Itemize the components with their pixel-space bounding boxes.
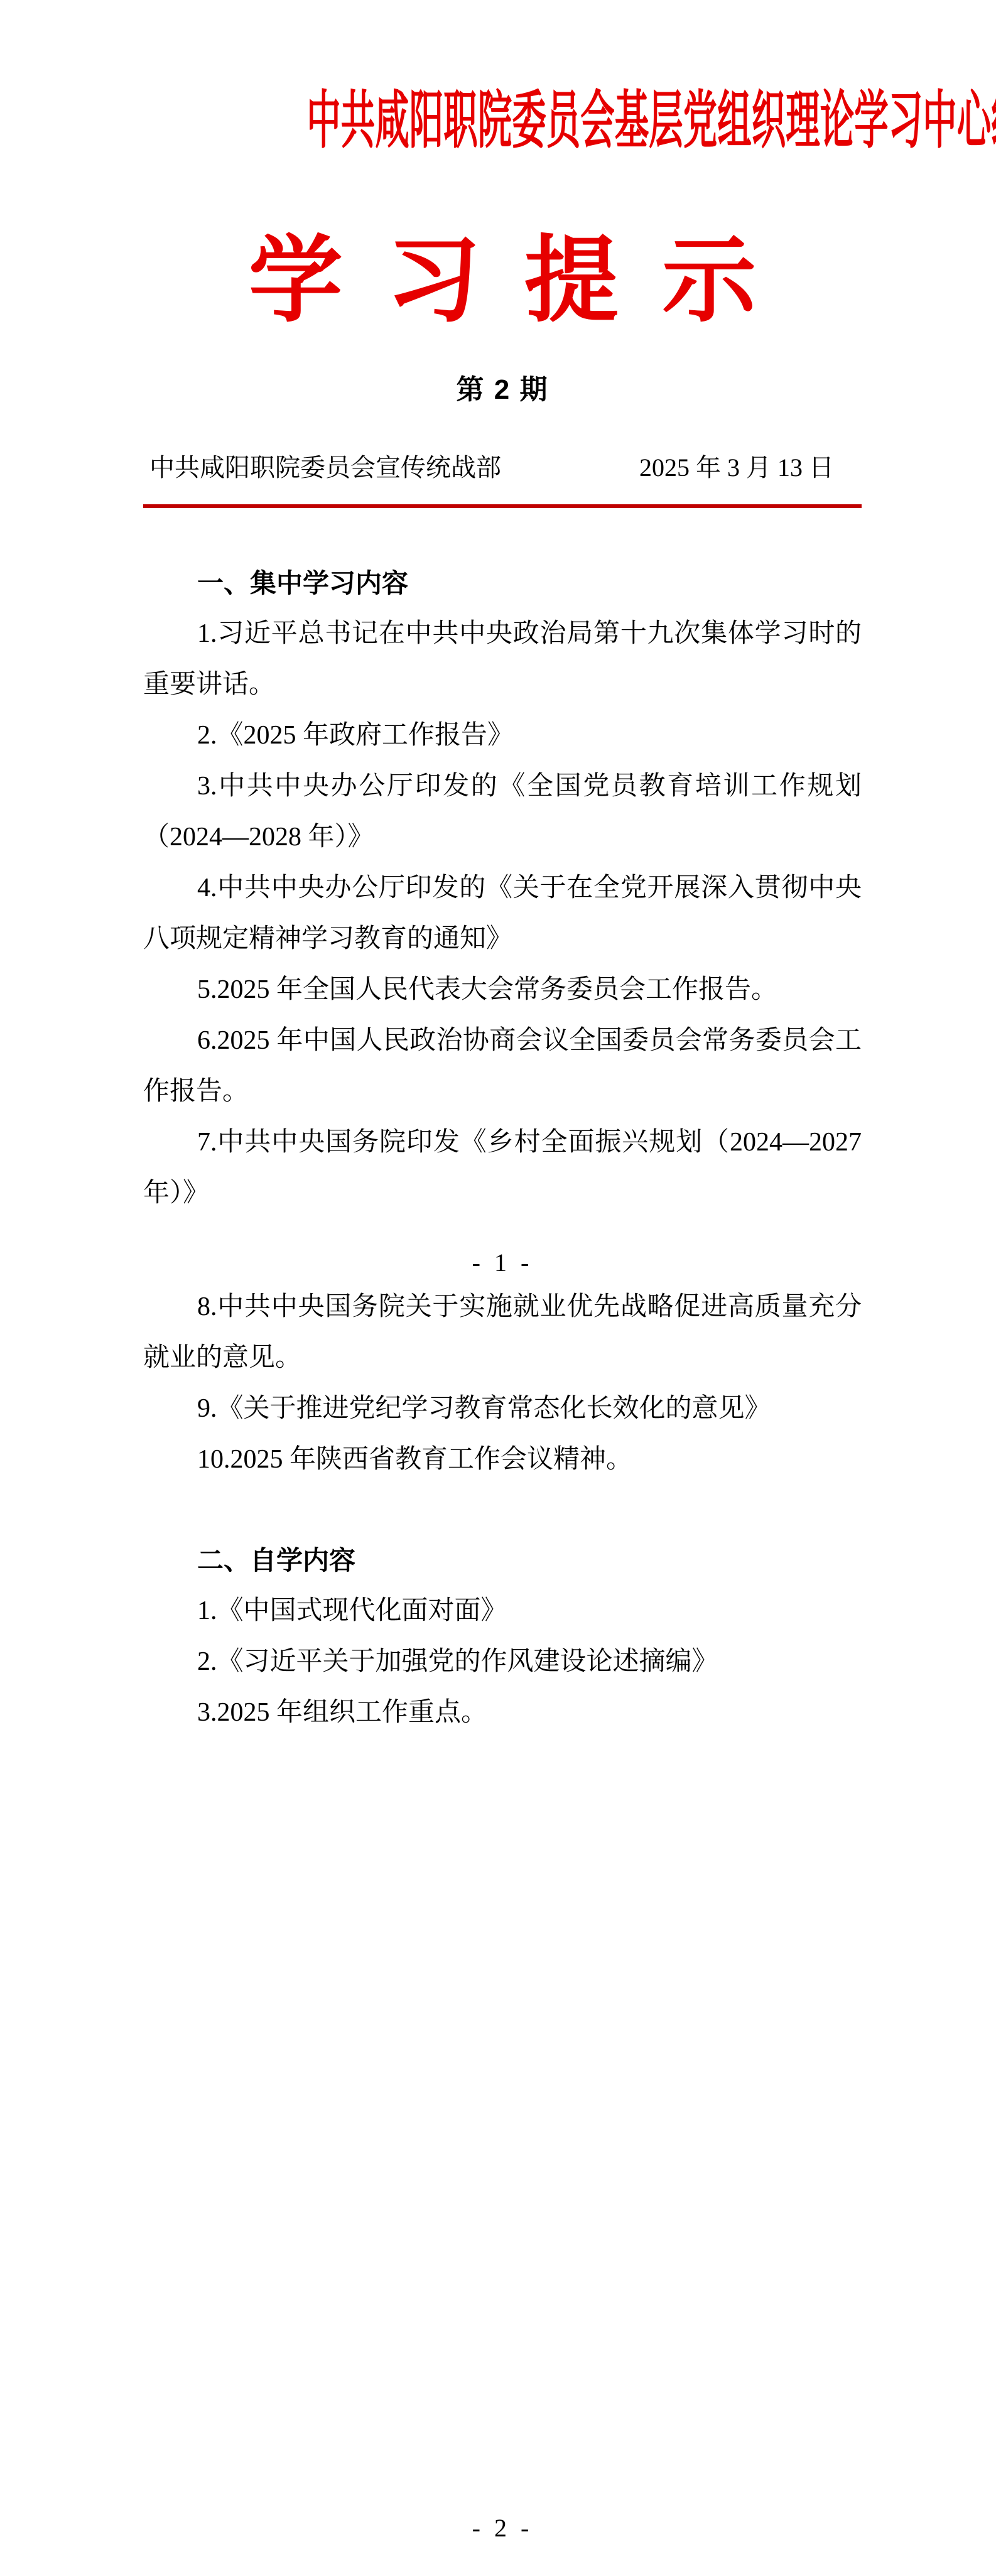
study-item-paragraph: 2.《2025 年政府工作报告》 xyxy=(143,710,862,761)
study-item-paragraph: 3.2025 年组织工作重点。 xyxy=(143,1687,862,1738)
section-heading-collective-study: 一、集中学习内容 xyxy=(143,558,862,609)
collective-study-list: 1.习近平总书记在中共中央政治局第十九次集体学习时的重要讲话。2.《2025 年… xyxy=(143,609,862,1219)
study-item-paragraph: 3.中共中央办公厅印发的《全国党员教育培训工作规划（2024—2028 年）》 xyxy=(143,761,862,863)
publish-date: 2025 年 3 月 13 日 xyxy=(639,454,834,482)
red-divider-line xyxy=(143,504,862,508)
banner-title: 学 习 提 示 xyxy=(143,234,862,328)
study-item-paragraph: 8.中共中央国务院关于实施就业优先战略促进高质量充分就业的意见。 xyxy=(143,1282,862,1383)
org-title: 中共咸阳职院委员会基层党组织理论学习中心组 xyxy=(306,88,698,154)
study-item-paragraph: 4.中共中央办公厅印发的《关于在全党开展深入贯彻中央八项规定精神学习教育的通知》 xyxy=(143,863,862,965)
publisher-row: 中共咸阳职院委员会宣传统战部 2025 年 3 月 13 日 xyxy=(143,454,862,482)
publisher-name: 中共咸阳职院委员会宣传统战部 xyxy=(149,454,501,482)
study-item-paragraph: 7.中共中央国务院印发《乡村全面振兴规划（2024—2027 年）》 xyxy=(143,1117,862,1219)
collective-study-list-continued: 8.中共中央国务院关于实施就业优先战略促进高质量充分就业的意见。9.《关于推进党… xyxy=(143,1282,862,1485)
issue-number: 第 2 期 xyxy=(143,376,862,404)
self-study-list: 1.《中国式现代化面对面》2.《习近平关于加强党的作风建设论述摘编》3.2025… xyxy=(143,1586,862,1738)
study-item-paragraph: 2.《习近平关于加强党的作风建设论述摘编》 xyxy=(143,1637,862,1687)
document-page: 中共咸阳职院委员会基层党组织理论学习中心组 学 习 提 示 第 2 期 中共咸阳… xyxy=(0,0,996,2576)
document-body: 一、集中学习内容 1.习近平总书记在中共中央政治局第十九次集体学习时的重要讲话。… xyxy=(143,558,862,2547)
study-item-paragraph: 1.习近平总书记在中共中央政治局第十九次集体学习时的重要讲话。 xyxy=(143,609,862,710)
page-2-marker: - 2 - xyxy=(143,2509,862,2547)
study-item-paragraph: 1.《中国式现代化面对面》 xyxy=(143,1586,862,1637)
study-item-paragraph: 5.2025 年全国人民代表大会常务委员会工作报告。 xyxy=(143,965,862,1015)
study-item-paragraph: 10.2025 年陕西省教育工作会议精神。 xyxy=(143,1434,862,1485)
study-item-paragraph: 9.《关于推进党纪学习教育常态化长效化的意见》 xyxy=(143,1383,862,1434)
section-heading-self-study: 二、自学内容 xyxy=(143,1535,862,1586)
masthead: 中共咸阳职院委员会基层党组织理论学习中心组 学 习 提 示 第 2 期 中共咸阳… xyxy=(143,88,862,508)
page-1-marker: - 1 - xyxy=(143,1244,862,1282)
study-item-paragraph: 6.2025 年中国人民政治协商会议全国委员会常务委员会工作报告。 xyxy=(143,1015,862,1117)
